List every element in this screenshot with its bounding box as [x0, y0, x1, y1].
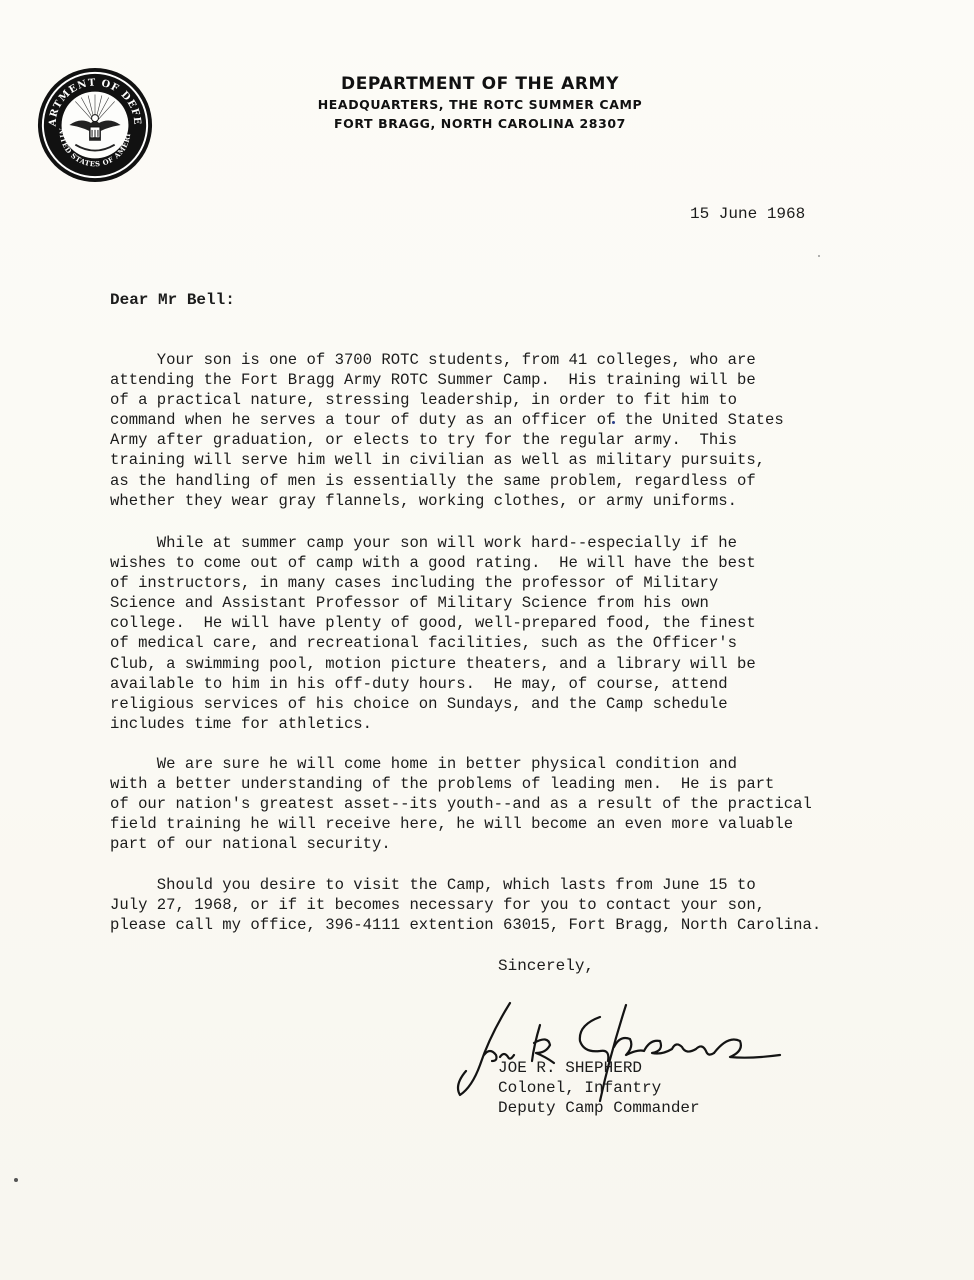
paper-speck: [14, 1178, 18, 1182]
signatory-position: Deputy Camp Commander: [498, 1098, 700, 1118]
signature-block: JOE R. SHEPHERD Colonel, Infantry Deputy…: [498, 1058, 700, 1118]
closing: Sincerely,: [498, 957, 594, 975]
signatory-title: Colonel, Infantry: [498, 1078, 700, 1098]
letter-page: DEPARTMENT OF DEFENSE UNITED STATES OF A…: [0, 0, 974, 1280]
letterhead-headquarters: HEADQUARTERS, THE ROTC SUMMER CAMP: [300, 97, 660, 112]
letterhead: DEPARTMENT OF THE ARMY HEADQUARTERS, THE…: [300, 74, 660, 131]
body-paragraph: While at summer camp your son will work …: [110, 533, 910, 734]
signatory-name: JOE R. SHEPHERD: [498, 1058, 700, 1078]
body-paragraph: Should you desire to visit the Camp, whi…: [110, 875, 910, 935]
department-of-defense-seal-icon: DEPARTMENT OF DEFENSE UNITED STATES OF A…: [36, 66, 154, 184]
letterhead-department: DEPARTMENT OF THE ARMY: [300, 74, 660, 94]
paper-speck: [612, 421, 615, 424]
paper-speck: [818, 255, 820, 257]
body-paragraph: We are sure he will come home in better …: [110, 754, 910, 854]
body-paragraph: Your son is one of 3700 ROTC students, f…: [110, 350, 910, 511]
letter-date: 15 June 1968: [690, 205, 805, 223]
letterhead-address: FORT BRAGG, NORTH CAROLINA 28307: [300, 116, 660, 131]
salutation: Dear Mr Bell:: [110, 291, 235, 309]
